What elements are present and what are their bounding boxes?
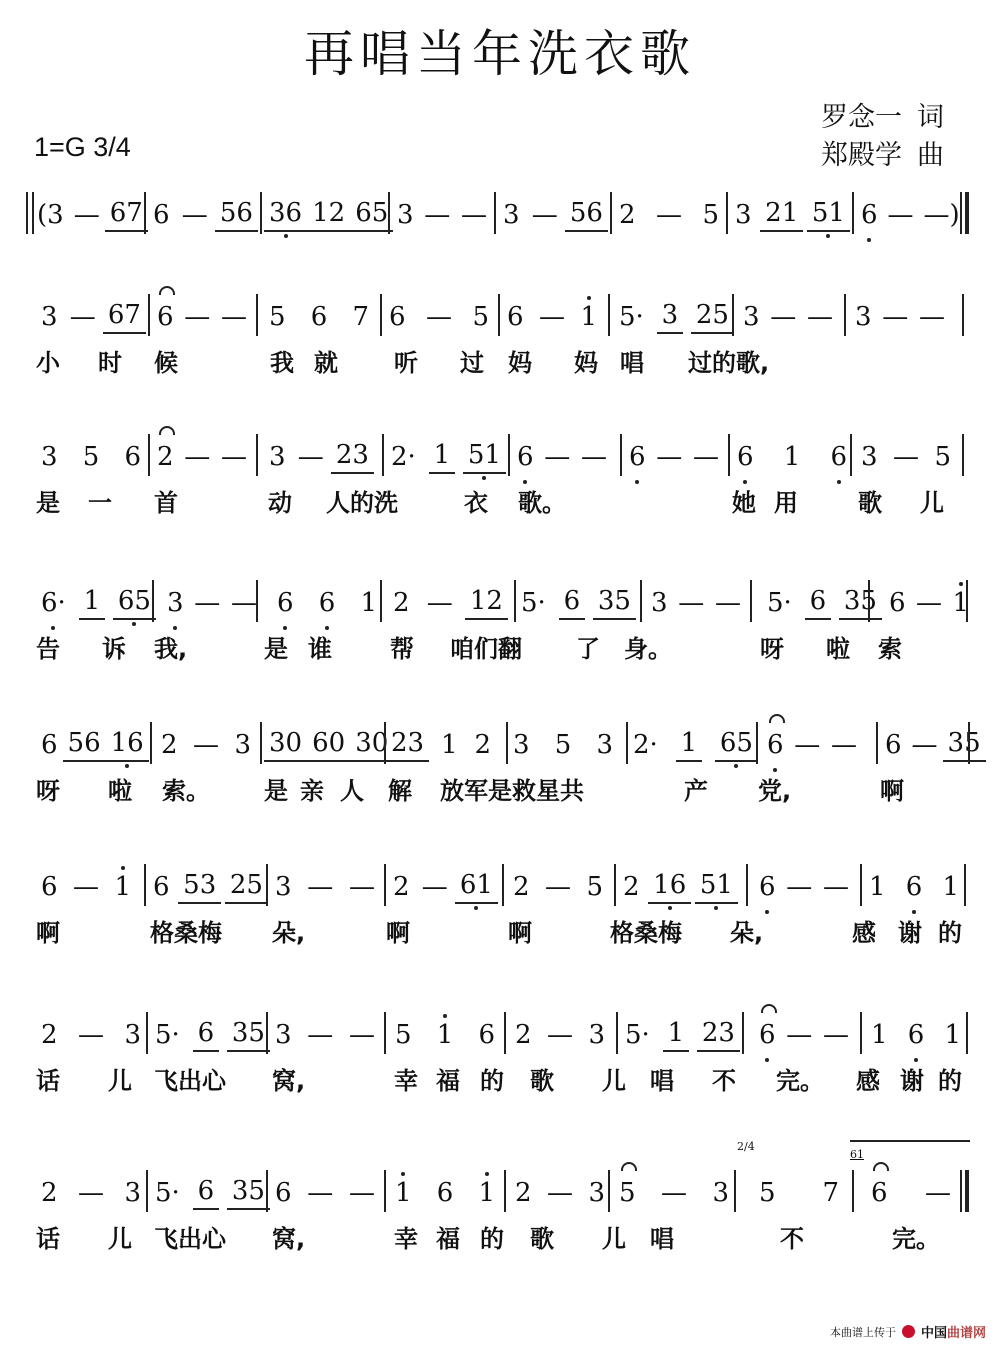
measure: 361265 [264, 188, 386, 234]
lyric: 产 [684, 776, 708, 806]
note: 2 [156, 730, 183, 764]
measure: 306030 [264, 718, 384, 764]
lyric: 放军是救星共 [440, 776, 584, 806]
measure: 6——) [856, 188, 956, 234]
note: 3 [646, 588, 673, 622]
dash: — [888, 442, 924, 476]
measure: (3—67 [32, 188, 142, 234]
fermata-icon [761, 1004, 777, 1013]
dash: — [188, 730, 224, 764]
measure: 6—— [152, 290, 252, 336]
dash: —) [919, 200, 965, 234]
note: 36 [264, 198, 307, 232]
barline [616, 1012, 618, 1054]
barline [876, 722, 878, 764]
lyric: 告 [36, 634, 60, 664]
low-octave-dot [837, 480, 841, 484]
lyric: 朵, [730, 918, 763, 948]
note: 5 [929, 442, 956, 476]
dash: — [914, 302, 950, 336]
note: 1 [866, 1020, 893, 1054]
note: 5· [516, 588, 551, 622]
lyrics-row: 话儿飞出心窝,幸福的歌儿唱不完。感谢的 [32, 1066, 972, 1100]
barline [746, 864, 748, 906]
note: 5· [150, 1178, 185, 1212]
note: 6 [732, 442, 759, 476]
barline [502, 864, 504, 906]
barline [504, 1170, 506, 1212]
dash: — [802, 302, 838, 336]
lyric: 儿 [108, 1066, 132, 1096]
barline [640, 580, 642, 622]
measure: 161 [866, 1008, 966, 1054]
note: 6 [903, 1020, 930, 1054]
measure: 6—— [624, 430, 724, 476]
barline [732, 294, 734, 336]
low-octave-dot [914, 1058, 918, 1062]
dash: — [65, 302, 101, 336]
barline [508, 434, 510, 476]
note: 3 [657, 300, 684, 334]
dash: — [818, 872, 854, 906]
lyric: 谢 [900, 1066, 924, 1096]
barline [256, 580, 258, 622]
fermata-icon [159, 286, 175, 295]
note: 6 [148, 200, 175, 234]
note: 51 [695, 870, 738, 904]
lyric: 啊 [880, 776, 904, 806]
measure: 6—1 [884, 576, 974, 622]
low-octave-dot [826, 234, 830, 238]
lyric: 是 [264, 634, 288, 664]
lyric: 呀 [36, 776, 60, 806]
barline [514, 580, 516, 622]
barline [144, 192, 146, 234]
low-octave-dot [523, 480, 527, 484]
low-octave-dot [912, 910, 916, 914]
barline [144, 864, 146, 906]
measure: 5·635 [150, 1008, 270, 1054]
note: 35 [227, 1018, 270, 1052]
measure: 6·165 [36, 576, 156, 622]
measure: 516 [390, 1008, 500, 1054]
note: 1 [676, 728, 703, 762]
lyric: 的 [938, 1066, 962, 1096]
note: 5 [467, 302, 494, 336]
lyric: 她 [732, 488, 756, 518]
note: 2· [628, 730, 663, 764]
dash: — [883, 200, 919, 234]
note: 6 [384, 302, 411, 336]
high-octave-dot [401, 1172, 405, 1176]
lyric: 不 [712, 1066, 736, 1096]
low-octave-dot [765, 1058, 769, 1062]
note: 12 [307, 198, 350, 232]
note: 6 [193, 1018, 220, 1052]
barline [852, 192, 854, 234]
lyric: 话 [36, 1066, 60, 1096]
lyric: 幸 [394, 1066, 418, 1096]
dash: — [826, 730, 862, 764]
note: 65 [715, 728, 758, 762]
composer: 郑殿学 曲 [821, 136, 944, 174]
dash: — [576, 442, 612, 476]
note: 3 [591, 730, 618, 764]
measure: 6—5 [384, 290, 494, 336]
measure: 6—56 [148, 188, 258, 234]
lyric: 儿 [108, 1224, 132, 1254]
lyric: 格桑梅 [610, 918, 682, 948]
lyric: 啦 [826, 634, 850, 664]
note: 1 [947, 588, 974, 622]
low-octave-dot [125, 764, 129, 768]
note: 1 [937, 872, 964, 906]
note: 2 [469, 730, 496, 764]
note: 5· [150, 1020, 185, 1054]
lyric: 亲 [300, 776, 324, 806]
barline [610, 192, 612, 234]
barline [260, 192, 262, 234]
lyric: 首 [154, 488, 178, 518]
note: 5 [550, 730, 577, 764]
lyric: 时 [98, 348, 122, 378]
note: 1 [79, 586, 106, 620]
lyric: 儿 [602, 1066, 626, 1096]
measure: 3—— [270, 1008, 380, 1054]
note: 6 [270, 1178, 297, 1212]
lyric: 了 [576, 634, 600, 664]
barline [844, 294, 846, 336]
note: 56 [215, 198, 258, 232]
barline [388, 192, 390, 234]
barline [380, 294, 382, 336]
lyric: 的 [480, 1066, 504, 1096]
note: 6 [825, 442, 852, 476]
notes-row: 3562——3—232·1516——6——6163—5 [32, 430, 972, 476]
note: 6 [866, 1178, 893, 1212]
dash: — [781, 1020, 817, 1054]
lyric: 啊 [508, 918, 532, 948]
note: 35 [839, 586, 882, 620]
dash: — [651, 442, 687, 476]
brand-part-2: 曲谱网 [947, 1326, 986, 1341]
dash: — [419, 200, 455, 234]
note: 6 [193, 1176, 220, 1210]
dash: — [789, 730, 825, 764]
low-octave-dot [635, 480, 639, 484]
note: 3 [498, 200, 525, 234]
lyric: 福 [436, 1224, 460, 1254]
note: 25 [691, 300, 734, 334]
note: 3 [264, 442, 291, 476]
measure: 5·635 [762, 576, 882, 622]
dash: — [542, 1178, 578, 1212]
fermata-icon [873, 1162, 889, 1171]
dash: — [765, 302, 801, 336]
dash: — [216, 302, 252, 336]
start-barline [26, 192, 28, 234]
lyric: 唱 [650, 1066, 674, 1096]
lyric: 格桑梅 [150, 918, 222, 948]
note: 3 [119, 1178, 146, 1212]
note: 65 [350, 198, 393, 232]
dash: — [456, 200, 492, 234]
note: 51 [807, 198, 850, 232]
high-octave-dot [121, 866, 125, 870]
barline [852, 1170, 854, 1212]
measure: 2—5 [614, 188, 724, 234]
note: 30 [264, 728, 307, 762]
note: 23 [331, 440, 374, 474]
lyrics-row [32, 246, 972, 280]
note: 2 [614, 200, 641, 234]
note: 6 [314, 588, 341, 622]
measure: 353 [508, 718, 618, 764]
barline [384, 1012, 386, 1054]
note: 2 [510, 1020, 537, 1054]
measure: 2312 [386, 718, 496, 764]
lyric: 的 [938, 918, 962, 948]
lyric: 儿 [920, 488, 944, 518]
dash: — [344, 1020, 380, 1054]
barline [148, 434, 150, 476]
note: 3 [270, 872, 297, 906]
note: 6 [754, 1020, 781, 1054]
barline [494, 192, 496, 234]
footer-watermark: 本曲谱上传于 中国曲谱网 [830, 1322, 986, 1341]
measure: 161 [864, 860, 964, 906]
barline [734, 1170, 736, 1212]
measure: 2—3 [156, 718, 256, 764]
note: 1 [355, 588, 382, 622]
lyrics-row: 告诉我,是谁帮咱们翻了身。呀啦索 [32, 634, 972, 668]
lyric: 福 [436, 1066, 460, 1096]
note: 1 [864, 872, 891, 906]
lyric: 啦 [108, 776, 132, 806]
measure: 2—3 [510, 1166, 610, 1212]
lyric: 窝, [272, 1066, 305, 1096]
dash: — [179, 302, 215, 336]
low-octave-dot [765, 910, 769, 914]
lyric: 索。 [162, 776, 210, 806]
barline [506, 722, 508, 764]
dash: — [69, 200, 105, 234]
lyric: 我 [270, 348, 294, 378]
lyric: 歌 [530, 1224, 554, 1254]
lyric: 飞出心 [154, 1066, 226, 1096]
note: 3 [162, 588, 189, 622]
measure: 6— [866, 1166, 956, 1212]
note: 1 [939, 1020, 966, 1054]
upload-text: 本曲谱上传于 [830, 1324, 896, 1340]
decrescendo-hairpin [850, 1140, 970, 1142]
note: 6 [754, 872, 781, 906]
credits: 罗念一 词 郑殿学 曲 [821, 98, 944, 174]
lyric: 谁 [308, 634, 332, 664]
note: 5· [620, 1020, 655, 1054]
high-octave-dot [587, 296, 591, 300]
note: 3 [270, 1020, 297, 1054]
lyric: 过 [460, 348, 484, 378]
barline [962, 434, 964, 476]
note: 23 [697, 1018, 740, 1052]
lyrics-row: 啊格桑梅朵,啊啊格桑梅朵,感谢的 [32, 918, 972, 952]
note: 5· [762, 588, 797, 622]
barline [260, 722, 262, 764]
barline [504, 1012, 506, 1054]
barline [750, 580, 752, 622]
note: 1 [436, 730, 463, 764]
notes-row: 2—35·6356——1612—35—3576—2/461 [32, 1166, 972, 1212]
lyric: 我, [154, 634, 187, 664]
lyric: 唱 [650, 1224, 674, 1254]
measure: 2—— [152, 430, 252, 476]
site-logo-icon [902, 1325, 915, 1338]
measure: 6—1 [502, 290, 602, 336]
note: 6· [36, 588, 71, 622]
lyric: 衣 [464, 488, 488, 518]
notes-row: 656162—330603023123532·1656——6—35 [32, 718, 972, 764]
lyric: 飞出心 [154, 1224, 226, 1254]
measure: 3—— [392, 188, 492, 234]
low-octave-dot [173, 626, 177, 630]
lyric: 歌。 [518, 488, 566, 518]
note: 5 [754, 1178, 781, 1212]
measure: 65616 [36, 718, 146, 764]
dash: — [302, 872, 338, 906]
measure: 2—3 [510, 1008, 610, 1054]
barline [626, 722, 628, 764]
lyric: 呀 [760, 634, 784, 664]
note: 5 [78, 442, 105, 476]
barline [966, 580, 968, 622]
dash: — [189, 588, 225, 622]
lyrics-row: 是一首动人的洗衣歌。她用歌儿 [32, 488, 972, 522]
barline [266, 1170, 268, 1212]
lyrics-row: 小时候我就听过妈妈唱过的歌, [32, 348, 972, 382]
measure: 21651 [618, 860, 738, 906]
dash: — [302, 1178, 338, 1212]
note: 25 [225, 870, 268, 904]
note: 6 [624, 442, 651, 476]
dash: — [527, 200, 563, 234]
barline [850, 434, 852, 476]
note: 51 [463, 440, 506, 474]
lyrics-row: 话儿飞出心窝,幸福的歌儿唱不完。 [32, 1224, 972, 1258]
barline [614, 864, 616, 906]
note: 6 [762, 730, 789, 764]
barline [960, 192, 962, 234]
note: 2· [386, 442, 421, 476]
lyric: 候 [154, 348, 178, 378]
note: 6 [272, 588, 299, 622]
barline [146, 1012, 148, 1054]
note: 65 [113, 586, 156, 620]
notes-row: (3—676—563612653——3—562—5321516——) [32, 188, 972, 234]
barline [150, 722, 152, 764]
lyric: 儿 [602, 1224, 626, 1254]
lyric: 人 [340, 776, 364, 806]
dash: — [216, 442, 252, 476]
note: 3 [36, 302, 63, 336]
note: 5 [614, 1178, 641, 1212]
barline [266, 864, 268, 906]
lyric: 不 [780, 1224, 804, 1254]
note: 35 [227, 1176, 270, 1210]
barline [384, 864, 386, 906]
barline [966, 1012, 968, 1054]
note: 1 [390, 1178, 417, 1212]
lyric: 窝, [272, 1224, 305, 1254]
measure: 2—5 [508, 860, 608, 906]
fermata-icon [769, 714, 785, 723]
note: 53 [178, 870, 221, 904]
dash: — [73, 1020, 109, 1054]
note: 2 [152, 442, 179, 476]
lyric: 是 [264, 776, 288, 806]
measure: 65325 [148, 860, 268, 906]
barline [620, 434, 622, 476]
note: 6 [559, 586, 586, 620]
note: 16 [648, 870, 691, 904]
dash: — [421, 302, 457, 336]
note: 6 [901, 872, 928, 906]
measure: 661 [272, 576, 382, 622]
note: 16 [106, 728, 149, 762]
measure: 3—— [850, 290, 950, 336]
measure: 57 [754, 1166, 844, 1212]
barline [256, 294, 258, 336]
note: 7 [817, 1178, 844, 1212]
measure: 3—56 [498, 188, 608, 234]
note: 6 [432, 1178, 459, 1212]
brand-part-1: 中国 [921, 1326, 947, 1341]
barline [380, 580, 382, 622]
lyric: 感 [852, 918, 876, 948]
measure: 6—— [512, 430, 612, 476]
note: 67 [105, 198, 148, 232]
note: 61 [455, 870, 498, 904]
note: 6 [805, 586, 832, 620]
note: 3 [730, 200, 757, 234]
measure: 2—3 [36, 1008, 146, 1054]
measure: 3—— [738, 290, 838, 336]
measure: 2—12 [388, 576, 508, 622]
barline [146, 1170, 148, 1212]
barline [726, 192, 728, 234]
measure: 2—3 [36, 1166, 146, 1212]
note: 1 [432, 1020, 459, 1054]
note: 3 [392, 200, 419, 234]
note: 35 [943, 728, 986, 762]
dash: — [781, 872, 817, 906]
note: 2 [510, 1178, 537, 1212]
dash: — [177, 200, 213, 234]
notes-row: 6—1653253——2—612—5216516——161 [32, 860, 972, 906]
barline [742, 1012, 744, 1054]
lyric: 感 [856, 1066, 880, 1096]
barline [498, 294, 500, 336]
barline [756, 722, 758, 764]
note: 2 [618, 872, 645, 906]
measure: 161 [390, 1166, 500, 1212]
lyric: 歌 [530, 1066, 554, 1096]
dash: — [877, 302, 913, 336]
note: 5· [614, 302, 649, 336]
song-title: 再唱当年洗衣歌 [0, 14, 1000, 86]
measure: 6—— [754, 1008, 854, 1054]
note: 5 [581, 872, 608, 906]
